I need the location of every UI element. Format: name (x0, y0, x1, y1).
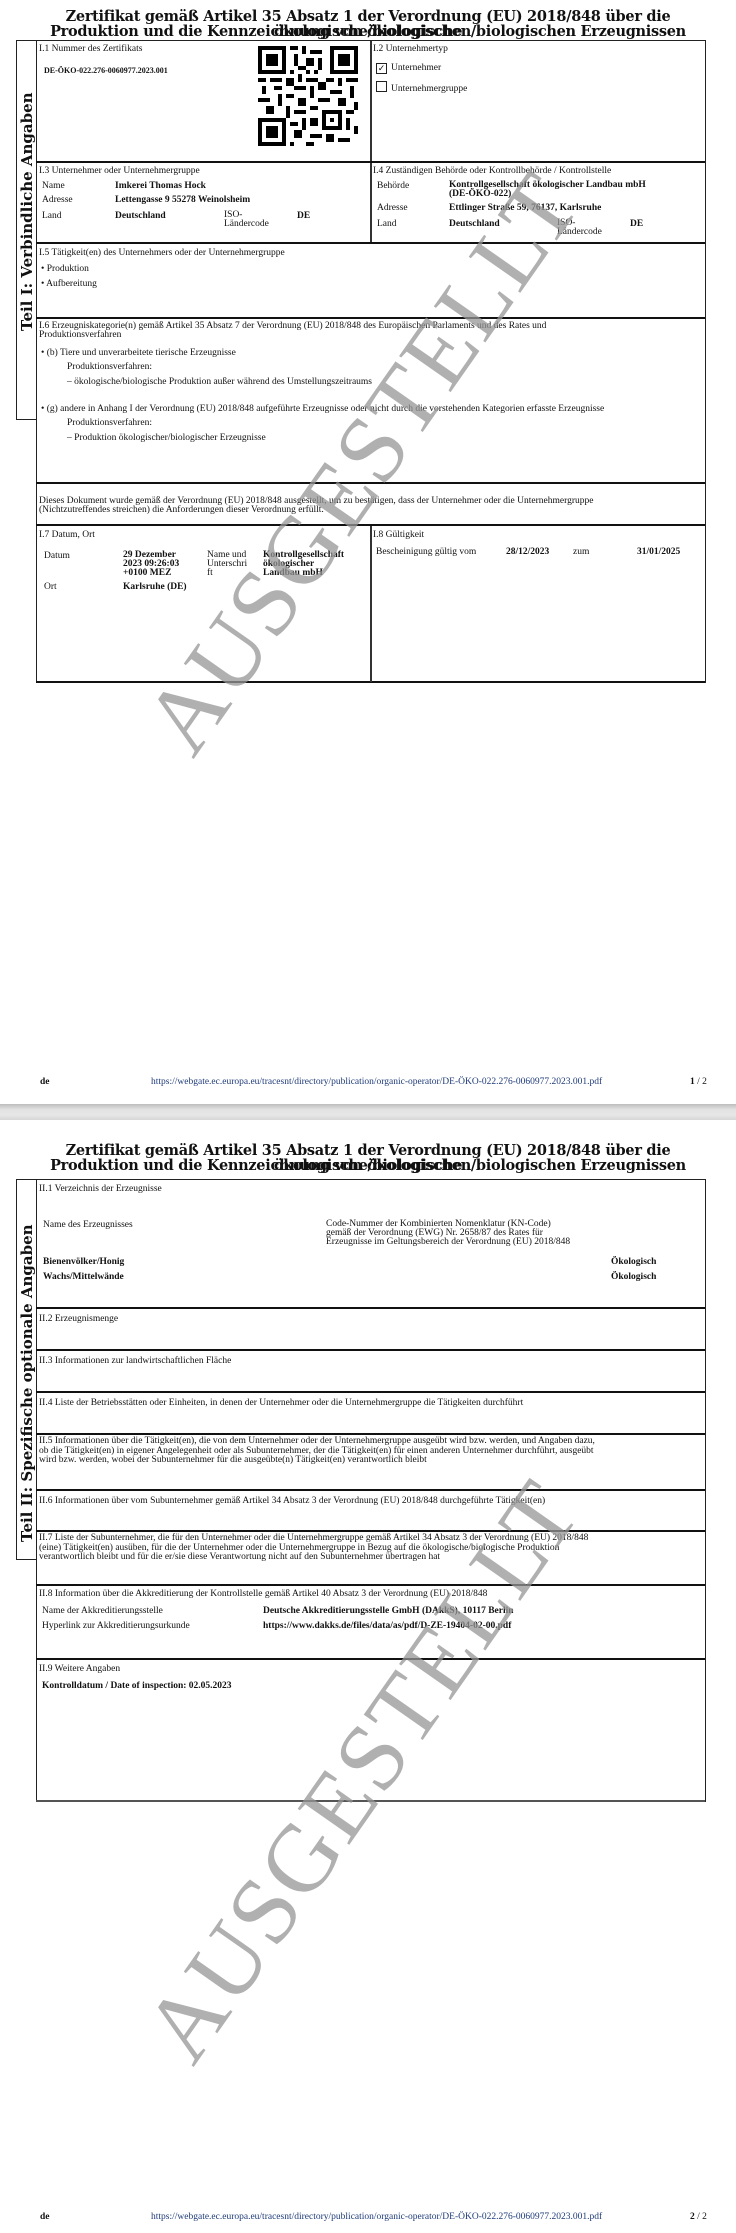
checkbox-unchecked-icon[interactable] (376, 81, 387, 92)
divider (36, 242, 705, 244)
footer-language: de (40, 2212, 50, 2222)
category-title: • (g) andere in Anhang I der Verordnung … (41, 404, 604, 414)
category-title: • (b) Tiere und unverarbeitete tierische… (41, 348, 236, 358)
method-label: Produktionsverfahren: (67, 418, 152, 428)
field-label: Land (377, 219, 397, 229)
operator-type-unternehmer[interactable]: ✓Unternehmer (376, 63, 441, 74)
field-label: Adresse (377, 203, 408, 213)
i5-heading: I.5 Tätigkeit(en) des Unternehmers oder … (39, 248, 285, 258)
i4-heading: I.4 Zuständigen Behörde oder Kontrollbeh… (373, 166, 611, 176)
operator-type-unternehmergruppe[interactable]: Unternehmergruppe (376, 81, 467, 94)
part1-side-label: Teil I: Verbindliche Angaben (18, 92, 36, 331)
checkbox-label: Unternehmer (391, 63, 441, 73)
certificate-page-1: Zertifikat gemäß Artikel 35 Absatz 1 der… (0, 0, 736, 1098)
checkbox-label: Unternehmergruppe (391, 84, 467, 94)
divider (36, 1584, 705, 1586)
field-label: Adresse (42, 195, 73, 205)
field-label: Datum (44, 551, 70, 561)
ii9-heading: II.9 Weitere Angaben (39, 1664, 120, 1674)
divider (36, 1433, 705, 1435)
valid-from: 28/12/2023 (506, 547, 549, 557)
certificate-page-2: Zertifikat gemäß Artikel 35 Absatz 1 der… (0, 1124, 736, 2233)
inspection-date: Kontrolldatum / Date of inspection: 02.0… (42, 1681, 232, 1691)
divider (370, 41, 372, 162)
page-separator (0, 1104, 736, 1120)
divider (36, 1391, 705, 1393)
column-header-name: Name des Erzeugnisses (43, 1220, 133, 1230)
operator-iso-code: DE (297, 211, 310, 221)
field-label: Behörde (377, 181, 409, 191)
operator-name: Imkerei Thomas Hock (115, 181, 206, 191)
document-title-line-2: Produktion und die Kennzeichnung von öko… (0, 1158, 736, 1173)
page-number: 1 / 2 (690, 1077, 707, 1087)
divider (370, 163, 372, 243)
divider (36, 317, 705, 319)
divider (36, 1530, 705, 1532)
part2-side-box: Teil II: Spezifische optionale Angaben (16, 1179, 37, 1560)
part2-side-label: Teil II: Spezifische optionale Angaben (18, 1224, 36, 1542)
field-label: ISO-Ländercode (224, 211, 269, 229)
divider (36, 1489, 705, 1491)
ii6-heading: II.6 Informationen über vom Subunternehm… (39, 1496, 545, 1506)
footer-language: de (40, 1077, 50, 1087)
product-name: Bienenvölker/Honig (43, 1257, 124, 1267)
footer-url-link[interactable]: https://webgate.ec.europa.eu/tracesnt/di… (151, 2212, 602, 2222)
authority-iso-code: DE (630, 219, 643, 229)
part1-side-box: Teil I: Verbindliche Angaben (16, 40, 37, 420)
activity-item: • Produktion (41, 264, 89, 274)
method-label: Produktionsverfahren: (67, 362, 152, 372)
ii4-heading: II.4 Liste der Betriebsstätten oder Einh… (39, 1398, 523, 1408)
field-label: Hyperlink zur Akkreditierungsurkunde (42, 1621, 190, 1631)
operator-address: Lettengasse 9 55278 Weinolsheim (115, 195, 250, 205)
activity-item: • Aufbereitung (41, 279, 97, 289)
divider (370, 526, 372, 682)
product-status: Ökologisch (611, 1272, 656, 1282)
i2-heading: I.2 Unternehmertyp (373, 44, 448, 54)
ii3-heading: II.3 Informationen zur landwirtschaftlic… (39, 1356, 231, 1366)
operator-country: Deutschland (115, 211, 166, 221)
qr-code-icon (258, 46, 358, 146)
valid-to: 31/01/2025 (637, 547, 680, 557)
ii2-heading: II.2 Erzeugnismenge (39, 1314, 118, 1324)
divider (36, 1307, 705, 1309)
document-title-line-2: Produktion und die Kennzeichnung von öko… (0, 24, 736, 39)
field-label: Land (42, 211, 62, 221)
product-status: Ökologisch (611, 1257, 656, 1267)
method-value: – Produktion ökologischer/biologischer E… (67, 433, 266, 443)
method-value: – ökologische/biologische Produktion auß… (67, 377, 372, 387)
issue-date: 29 Dezember2023 09:26:03+0100 MEZ (123, 551, 179, 578)
field-label: Name (42, 181, 65, 191)
page-number: 2 / 2 (690, 2212, 707, 2222)
field-label: Bescheinigung gültig vom (376, 547, 476, 557)
product-name: Wachs/Mittelwände (43, 1272, 124, 1282)
checkbox-checked-icon[interactable]: ✓ (376, 63, 387, 74)
certificate-number: DE-ÖKO-022.276-0060977.2023.001 (44, 66, 168, 76)
field-label: zum (573, 547, 589, 557)
i1-heading: I.1 Nummer des Zertifikats (39, 44, 142, 54)
column-header-code: Code-Nummer der Kombinierten Nomenklatur… (326, 1220, 570, 1247)
footer-url-link[interactable]: https://webgate.ec.europa.eu/tracesnt/di… (151, 1077, 602, 1087)
field-label: Name der Akkreditierungsstelle (42, 1606, 163, 1616)
i3-heading: I.3 Unternehmer oder Unternehmergruppe (39, 166, 200, 176)
divider (36, 1349, 705, 1351)
issue-place: Karlsruhe (DE) (123, 582, 187, 592)
i7-heading: I.7 Datum, Ort (39, 530, 95, 540)
field-label: Ort (44, 582, 57, 592)
ii1-heading: II.1 Verzeichnis der Erzeugnisse (39, 1184, 162, 1194)
